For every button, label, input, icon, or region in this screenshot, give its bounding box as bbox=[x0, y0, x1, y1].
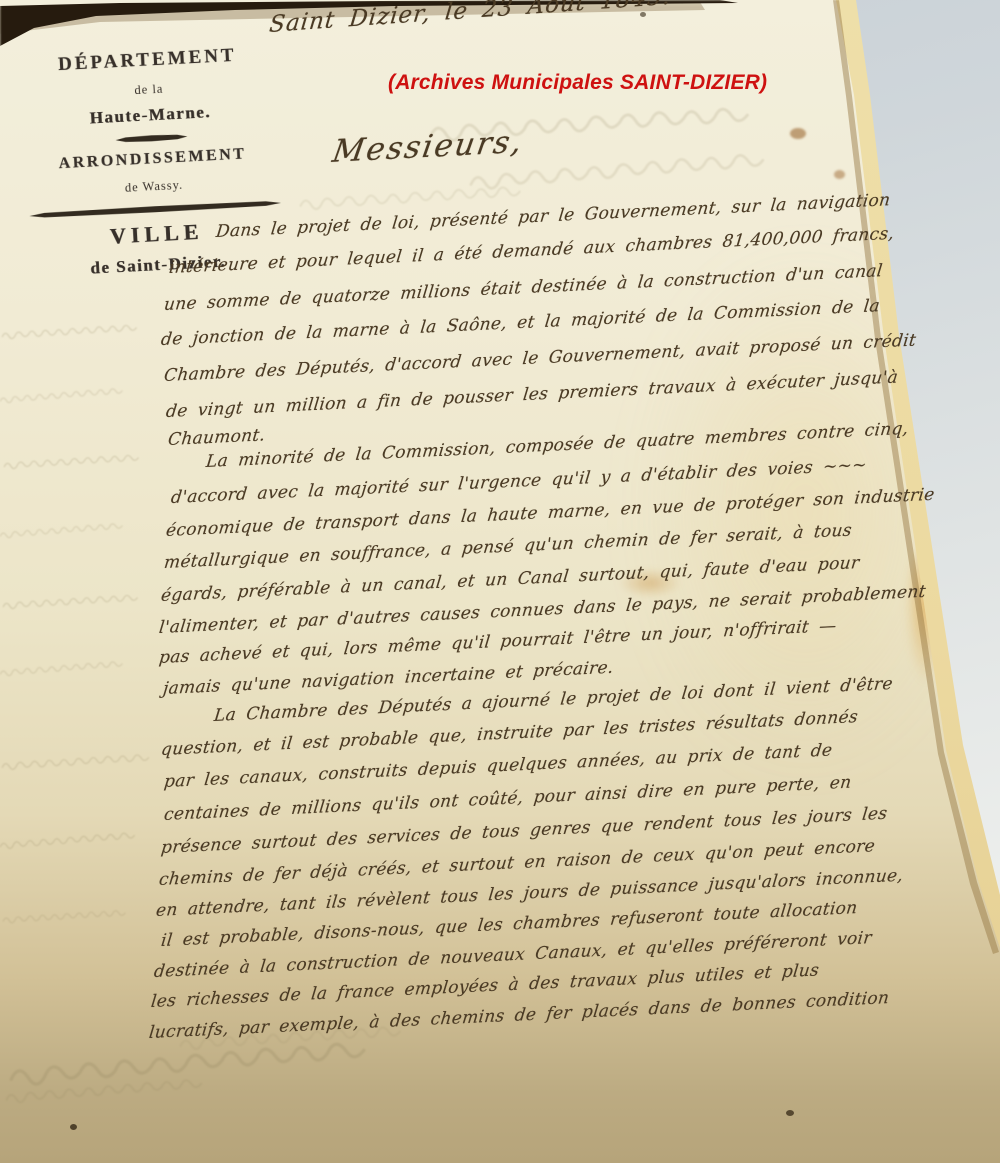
ink-speck bbox=[70, 1124, 77, 1130]
arrondissement-label: ARRONDISSEMENT bbox=[58, 145, 247, 173]
department-de: de la bbox=[134, 82, 164, 98]
department-label: DÉPARTEMENT bbox=[58, 45, 238, 76]
arrondissement-name: de Wassy. bbox=[125, 178, 184, 196]
ink-speck bbox=[786, 1110, 794, 1116]
handwritten-line: Chaumont. bbox=[167, 425, 266, 450]
ink-speck bbox=[640, 12, 646, 17]
department-name: Haute-Marne. bbox=[89, 102, 211, 128]
document-photo: DÉPARTEMENT de la Haute-Marne. ARRONDISS… bbox=[0, 0, 1000, 1163]
letterhead-divider-large bbox=[29, 200, 281, 219]
ville-label: VILLE bbox=[109, 219, 204, 250]
letterhead-divider-small bbox=[115, 133, 187, 143]
stain-spot bbox=[790, 128, 806, 139]
letterhead: DÉPARTEMENT de la Haute-Marne. ARRONDISS… bbox=[22, 43, 283, 282]
salutation: Messieurs, bbox=[330, 124, 526, 170]
stain-spot bbox=[834, 170, 845, 179]
archive-caption: (Archives Municipales SAINT-DIZIER) bbox=[388, 71, 767, 95]
